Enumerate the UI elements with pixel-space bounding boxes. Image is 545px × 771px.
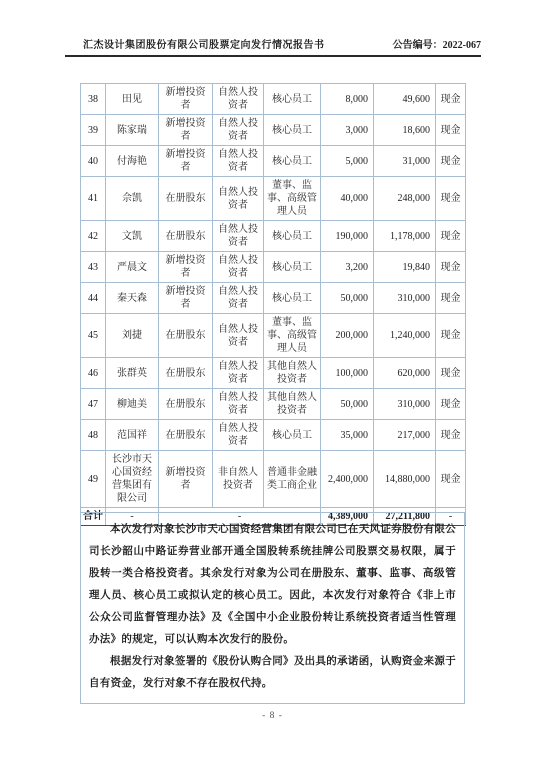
cell-investor-type: 新增投资者 xyxy=(159,115,213,146)
table-row: 48 范国祥 在册股东 自然人投资者 核心员工 35,000 217,000 现… xyxy=(81,420,466,451)
cell-investor-category: 自然人投资者 xyxy=(213,252,264,283)
cell-role: 核心员工 xyxy=(264,115,321,146)
cell-role: 核心员工 xyxy=(264,252,321,283)
cell-investor-category: 自然人投资者 xyxy=(213,115,264,146)
cell-shares: 190,000 xyxy=(321,221,374,252)
table-row: 45 刘捷 在册股东 自然人投资者 董事、监事、高级管理人员 200,000 1… xyxy=(81,314,466,358)
cell-shares: 3,000 xyxy=(321,115,374,146)
cell-role: 核心员工 xyxy=(264,84,321,115)
cell-investor-type: 新增投资者 xyxy=(159,146,213,177)
issuance-targets-table: 38 田见 新增投资者 自然人投资者 核心员工 8,000 49,600 现金 … xyxy=(80,83,466,526)
cell-shares: 5,000 xyxy=(321,146,374,177)
cell-payment: 现金 xyxy=(436,115,466,146)
cell-no: 42 xyxy=(81,221,106,252)
cell-investor-type: 新增投资者 xyxy=(159,252,213,283)
cell-no: 46 xyxy=(81,358,106,389)
cell-amount: 1,240,000 xyxy=(374,314,436,358)
cell-name: 严晨文 xyxy=(106,252,159,283)
table-row: 49 长沙市天心国资经营集团有限公司 新增投资者 非自然人投资者 普通非金融类工… xyxy=(81,451,466,508)
cell-shares: 100,000 xyxy=(321,358,374,389)
cell-shares: 8,000 xyxy=(321,84,374,115)
cell-shares: 2,400,000 xyxy=(321,451,374,508)
cell-payment: 现金 xyxy=(436,358,466,389)
announcement-number: 公告编号：2022-067 xyxy=(393,36,481,51)
cell-investor-category: 自然人投资者 xyxy=(213,358,264,389)
cell-name: 佘凯 xyxy=(106,177,159,221)
paragraph-eligibility: 本次发行对象长沙市天心国资经营集团有限公司已在天风证券股份有限公司长沙韶山中路证… xyxy=(89,519,456,651)
commentary-box: 本次发行对象长沙市天心国资经营集团有限公司已在天风证券股份有限公司长沙韶山中路证… xyxy=(80,512,465,704)
cell-shares: 200,000 xyxy=(321,314,374,358)
cell-investor-category: 自然人投资者 xyxy=(213,389,264,420)
cell-no: 41 xyxy=(81,177,106,221)
document-title: 汇杰设计集团股份有限公司股票定向发行情况报告书 xyxy=(65,36,325,51)
cell-amount: 310,000 xyxy=(374,283,436,314)
cell-role: 其他自然人投资者 xyxy=(264,389,321,420)
cell-amount: 1,178,000 xyxy=(374,221,436,252)
cell-investor-category: 自然人投资者 xyxy=(213,420,264,451)
cell-no: 49 xyxy=(81,451,106,508)
cell-role: 核心员工 xyxy=(264,221,321,252)
cell-amount: 310,000 xyxy=(374,389,436,420)
cell-investor-category: 自然人投资者 xyxy=(213,283,264,314)
cell-investor-type: 在册股东 xyxy=(159,314,213,358)
cell-name: 张群英 xyxy=(106,358,159,389)
cell-no: 45 xyxy=(81,314,106,358)
cell-investor-category: 自然人投资者 xyxy=(213,221,264,252)
cell-name: 秦天森 xyxy=(106,283,159,314)
cell-no: 39 xyxy=(81,115,106,146)
document-header: 汇杰设计集团股份有限公司股票定向发行情况报告书 公告编号：2022-067 xyxy=(65,36,481,57)
cell-no: 48 xyxy=(81,420,106,451)
cell-payment: 现金 xyxy=(436,314,466,358)
cell-payment: 现金 xyxy=(436,283,466,314)
cell-payment: 现金 xyxy=(436,451,466,508)
cell-payment: 现金 xyxy=(436,221,466,252)
cell-role: 董事、监事、高级管理人员 xyxy=(264,177,321,221)
cell-investor-category: 自然人投资者 xyxy=(213,177,264,221)
cell-investor-type: 新增投资者 xyxy=(159,84,213,115)
cell-payment: 现金 xyxy=(436,84,466,115)
cell-investor-type: 新增投资者 xyxy=(159,283,213,314)
table-row: 38 田见 新增投资者 自然人投资者 核心员工 8,000 49,600 现金 xyxy=(81,84,466,115)
cell-payment: 现金 xyxy=(436,389,466,420)
table-row: 40 付海艳 新增投资者 自然人投资者 核心员工 5,000 31,000 现金 xyxy=(81,146,466,177)
cell-shares: 35,000 xyxy=(321,420,374,451)
cell-investor-type: 在册股东 xyxy=(159,221,213,252)
cell-amount: 18,600 xyxy=(374,115,436,146)
cell-amount: 19,840 xyxy=(374,252,436,283)
cell-no: 38 xyxy=(81,84,106,115)
cell-name: 付海艳 xyxy=(106,146,159,177)
table-row: 43 严晨文 新增投资者 自然人投资者 核心员工 3,200 19,840 现金 xyxy=(81,252,466,283)
cell-payment: 现金 xyxy=(436,177,466,221)
cell-investor-type: 新增投资者 xyxy=(159,451,213,508)
cell-role: 核心员工 xyxy=(264,420,321,451)
cell-investor-type: 在册股东 xyxy=(159,389,213,420)
table-row: 41 佘凯 在册股东 自然人投资者 董事、监事、高级管理人员 40,000 24… xyxy=(81,177,466,221)
cell-shares: 50,000 xyxy=(321,283,374,314)
cell-payment: 现金 xyxy=(436,146,466,177)
cell-amount: 31,000 xyxy=(374,146,436,177)
cell-investor-category: 自然人投资者 xyxy=(213,84,264,115)
cell-amount: 49,600 xyxy=(374,84,436,115)
cell-role: 核心员工 xyxy=(264,283,321,314)
cell-no: 47 xyxy=(81,389,106,420)
page-number: - 8 - xyxy=(0,711,545,721)
cell-name: 长沙市天心国资经营集团有限公司 xyxy=(106,451,159,508)
cell-shares: 3,200 xyxy=(321,252,374,283)
cell-payment: 现金 xyxy=(436,420,466,451)
cell-name: 田见 xyxy=(106,84,159,115)
cell-shares: 40,000 xyxy=(321,177,374,221)
cell-no: 40 xyxy=(81,146,106,177)
table-row: 44 秦天森 新增投资者 自然人投资者 核心员工 50,000 310,000 … xyxy=(81,283,466,314)
cell-name: 刘捷 xyxy=(106,314,159,358)
cell-role: 普通非金融类工商企业 xyxy=(264,451,321,508)
cell-investor-type: 在册股东 xyxy=(159,358,213,389)
cell-shares: 50,000 xyxy=(321,389,374,420)
cell-role: 核心员工 xyxy=(264,146,321,177)
table-row: 46 张群英 在册股东 自然人投资者 其他自然人投资者 100,000 620,… xyxy=(81,358,466,389)
cell-role: 董事、监事、高级管理人员 xyxy=(264,314,321,358)
cell-amount: 620,000 xyxy=(374,358,436,389)
cell-name: 范国祥 xyxy=(106,420,159,451)
cell-investor-category: 自然人投资者 xyxy=(213,146,264,177)
paragraph-funding-source: 根据发行对象签署的《股份认购合同》及出具的承诺函，认购资金来源于自有资金，发行对… xyxy=(89,651,456,695)
cell-investor-category: 非自然人投资者 xyxy=(213,451,264,508)
cell-payment: 现金 xyxy=(436,252,466,283)
cell-role: 其他自然人投资者 xyxy=(264,358,321,389)
cell-amount: 14,880,000 xyxy=(374,451,436,508)
cell-amount: 217,000 xyxy=(374,420,436,451)
cell-investor-category: 自然人投资者 xyxy=(213,314,264,358)
cell-investor-type: 在册股东 xyxy=(159,177,213,221)
cell-amount: 248,000 xyxy=(374,177,436,221)
table-row: 47 柳迪美 在册股东 自然人投资者 其他自然人投资者 50,000 310,0… xyxy=(81,389,466,420)
cell-name: 文凯 xyxy=(106,221,159,252)
cell-no: 44 xyxy=(81,283,106,314)
table-row: 42 文凯 在册股东 自然人投资者 核心员工 190,000 1,178,000… xyxy=(81,221,466,252)
table-row: 39 陈家瑞 新增投资者 自然人投资者 核心员工 3,000 18,600 现金 xyxy=(81,115,466,146)
cell-no: 43 xyxy=(81,252,106,283)
cell-investor-type: 在册股东 xyxy=(159,420,213,451)
cell-name: 陈家瑞 xyxy=(106,115,159,146)
cell-name: 柳迪美 xyxy=(106,389,159,420)
